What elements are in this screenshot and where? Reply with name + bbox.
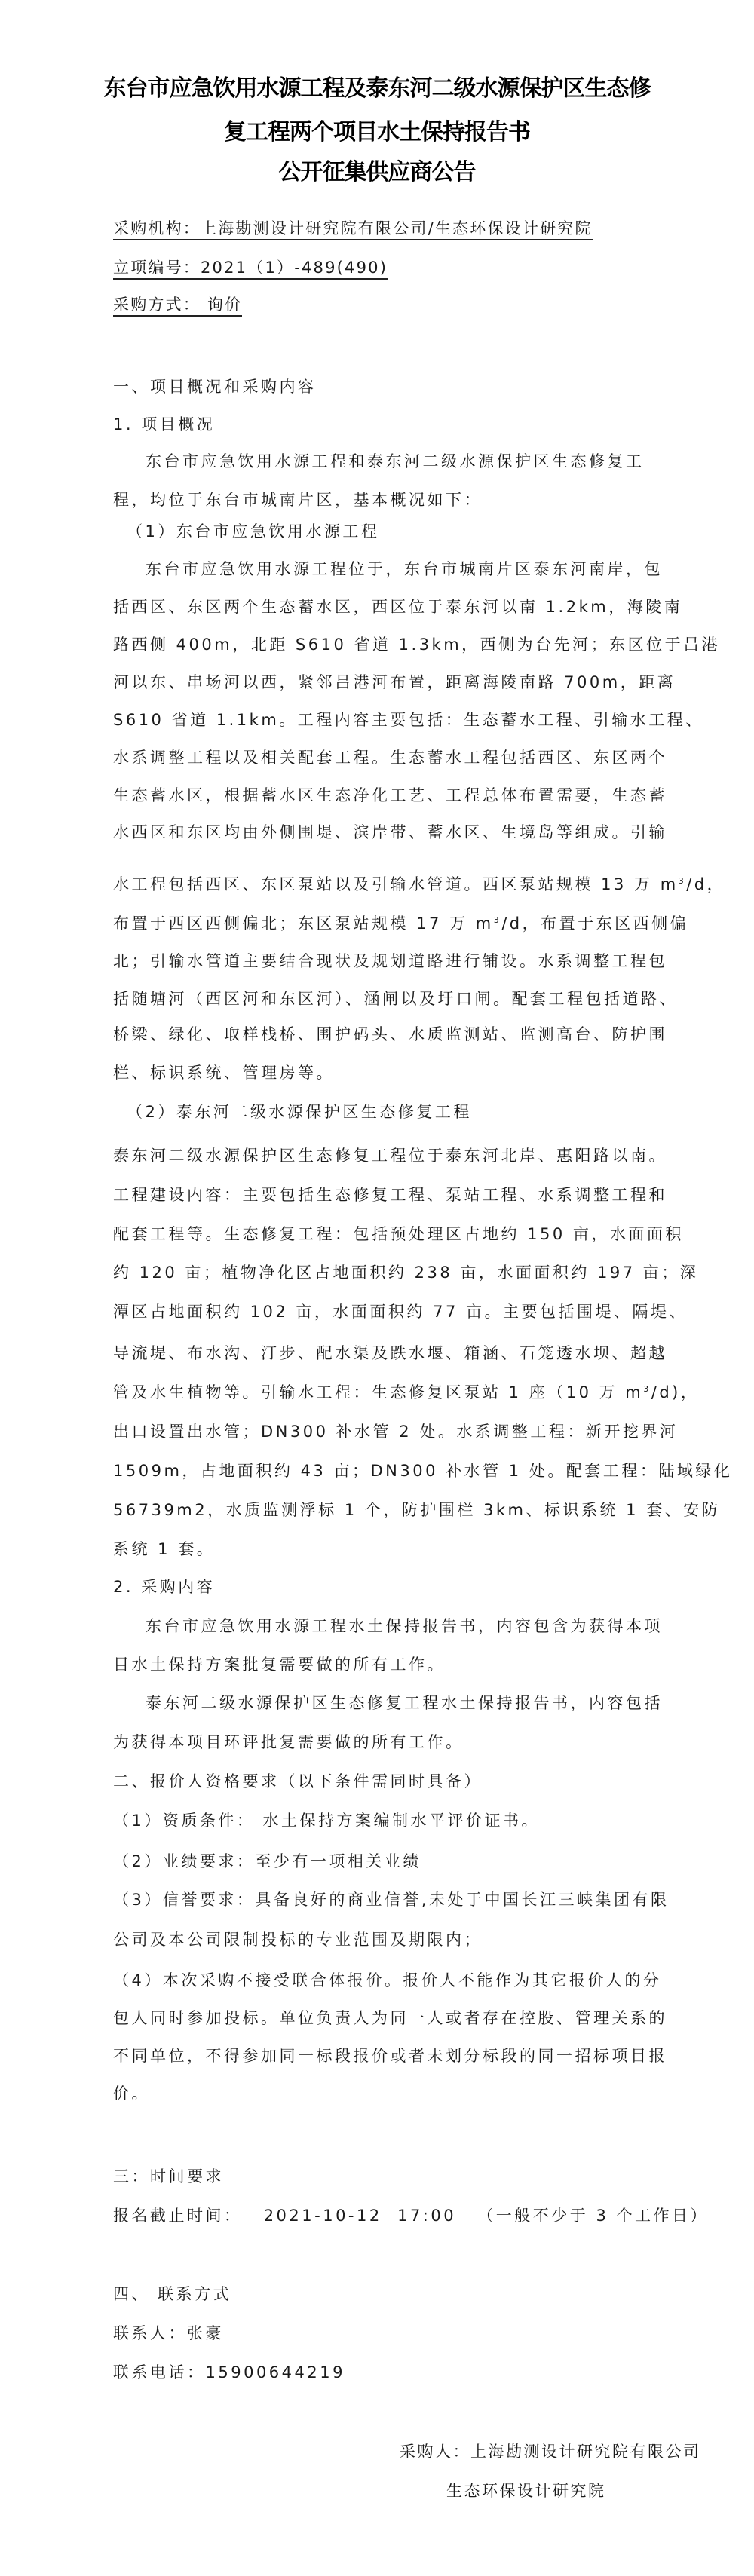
project-2-line: 出口设置出水管；DN300 补水管 2 处。水系调整工程：新开挖界河 — [113, 1420, 678, 1443]
content-line: 目水土保持方案批复需要做的所有工作。 — [113, 1653, 446, 1676]
signature-institute: 生态环保设计研究院 — [446, 2480, 606, 2502]
deadline-value: 2021-10-12 17:00 — [264, 2207, 456, 2225]
project-1-line: 栏、标识系统、管理房等。 — [113, 1061, 335, 1084]
project-2-line: 导流堤、布水沟、汀步、配水渠及跌水堰、箱涵、石笼透水坝、超越 — [113, 1342, 667, 1365]
intro-line: 东台市应急饮用水源工程和泰东河二级水源保护区生态修复工 — [146, 450, 645, 473]
intro-line: 程，均位于东台市城南片区，基本概况如下： — [113, 489, 483, 511]
content-line: 泰东河二级水源保护区生态修复工程水土保持报告书，内容包括 — [146, 1692, 663, 1714]
project-2-line: 系统 1 套。 — [113, 1538, 215, 1561]
project-2-line: 配套工程等。生态修复工程：包括预处理区占地约 150 亩，水面面积 — [113, 1223, 684, 1245]
project-1-line: 括随塘河（西区河和东区河）、涵闸以及圩口闸。配套工程包括道路、 — [113, 988, 678, 1010]
document-title-line-3: 公开征集供应商公告 — [0, 158, 754, 188]
deadline-row: 报名截止时间： 2021-10-12 17:00 （一般不少于 3 个工作日） — [113, 2204, 709, 2227]
project-1-line: 桥梁、绿化、取样栈桥、围护码头、水质监测站、监测高台、防护围 — [113, 1023, 667, 1046]
project-code: 立项编号：2021（1）-489(490) — [113, 259, 388, 280]
content-line: 东台市应急饮用水源工程水土保持报告书，内容包含为获得本项 — [146, 1615, 663, 1637]
project-1-line: 路西侧 400m，北距 S610 省道 1.3km，西侧为台先河；东区位于吕港 — [113, 633, 720, 656]
project-2-heading: （2）泰东河二级水源保护区生态修复工程 — [127, 1101, 472, 1123]
qualification-item: 包人同时参加投标。单位负责人为同一人或者存在控股、管理关系的 — [113, 2007, 667, 2029]
deadline-note: （一般不少于 3 个工作日） — [477, 2207, 709, 2225]
document-title-line-1: 东台市应急饮用水源工程及泰东河二级水源保护区生态修 — [0, 74, 754, 104]
project-2-line: 潭区占地面积约 102 亩，水面面积约 77 亩。主要包括围堤、隔堤、 — [113, 1300, 688, 1323]
content-line: 为获得本项目环评批复需要做的所有工作。 — [113, 1731, 464, 1754]
section-3-heading: 三：时间要求 — [113, 2165, 224, 2188]
project-2-line: 工程建设内容：主要包括生态修复工程、泵站工程、水系调整工程和 — [113, 1184, 667, 1206]
project-2-line: 约 120 亩；植物净化区占地面积约 238 亩，水面面积约 197 亩；深 — [113, 1261, 698, 1284]
project-1-pump-line: 水工程包括西区、东区泵站以及引输水管道。西区泵站规模 13 万 m3/d， — [113, 873, 725, 896]
deadline-label: 报名截止时间： — [113, 2207, 243, 2225]
document-title-line-2: 复工程两个项目水土保持报告书 — [0, 118, 754, 148]
qualification-item: 不同单位，不得参加同一标段报价或者未划分标段的同一招标项目报 — [113, 2045, 667, 2067]
project-1-line: S610 省道 1.1km。工程内容主要包括：生态蓄水工程、引输水工程、 — [113, 709, 704, 731]
project-1-line: 生态蓄水区，根据蓄水区生态净化工艺、工程总体布置需要，生态蓄 — [113, 784, 667, 807]
project-1-line: 括西区、东区两个生态蓄水区，西区位于泰东河以南 1.2km，海陵南 — [113, 596, 682, 618]
section-1-heading: 一、项目概况和采购内容 — [113, 375, 317, 398]
project-2-line: 1509m，占地面积约 43 亩；DN300 补水管 1 处。配套工程：陆域绿化 — [113, 1460, 732, 1482]
procurement-agency: 采购机构：上海勘测设计研究院有限公司/生态环保设计研究院 — [113, 219, 593, 240]
project-1-line: 水西区和东区均由外侧围堤、滨岸带、蓄水区、生境岛等组成。引输 — [113, 821, 667, 844]
procurement-method: 采购方式： 询价 — [113, 296, 242, 317]
signature-purchaser: 采购人：上海勘测设计研究院有限公司 — [400, 2440, 701, 2463]
qualification-item: （3）信誉要求：具备良好的商业信誉,未处于中国长江三峡集团有限 — [113, 1888, 670, 1911]
qualification-item: 公司及本公司限制投标的专业范围及期限内； — [113, 1928, 483, 1951]
subsection-1-heading: 1. 项目概况 — [113, 413, 215, 436]
section-4-heading: 四、 联系方式 — [113, 2283, 231, 2305]
contact-person: 联系人：张豪 — [113, 2322, 224, 2345]
project-1-line: 水系调整工程以及相关配套工程。生态蓄水工程包括西区、东区两个 — [113, 746, 667, 769]
project-1-line: 东台市应急饮用水源工程位于，东台市城南片区泰东河南岸，包 — [146, 558, 663, 580]
qualification-item: （2）业绩要求：至少有一项相关业绩 — [113, 1850, 421, 1873]
qualification-item: （1）资质条件： 水土保持方案编制水平评价证书。 — [113, 1809, 540, 1832]
project-1-line: 北；引输水管道主要结合现状及规划道路进行铺设。水系调整工程包 — [113, 950, 667, 973]
project-1-pump-line: 布置于西区西侧偏北；东区泵站规模 17 万 m3/d，布置于东区西侧偏 — [113, 912, 688, 935]
qualification-item: 价。 — [113, 2082, 150, 2105]
project-2-line: 泰东河二级水源保护区生态修复工程位于泰东河北岸、惠阳路以南。 — [113, 1144, 667, 1167]
qualification-item: （4）本次采购不接受联合体报价。报价人不能作为其它报价人的分 — [113, 1969, 661, 1992]
project-1-heading: （1）东台市应急饮用水源工程 — [127, 520, 379, 543]
subsection-2-heading: 2. 采购内容 — [113, 1576, 215, 1598]
contact-phone: 联系电话：15900644219 — [113, 2361, 345, 2384]
section-2-heading: 二、报价人资格要求（以下条件需同时具备） — [113, 1770, 483, 1793]
project-2-line: 56739m2，水质监测浮标 1 个，防护围栏 3km、标识系统 1 套、安防 — [113, 1499, 720, 1521]
project-1-line: 河以东、串场河以西，紧邻吕港河布置，距离海陵南路 700m，距离 — [113, 671, 676, 694]
project-2-pump-line: 管及水生植物等。引输水工程：生态修复区泵站 1 座（10 万 m3/d)， — [113, 1381, 699, 1404]
